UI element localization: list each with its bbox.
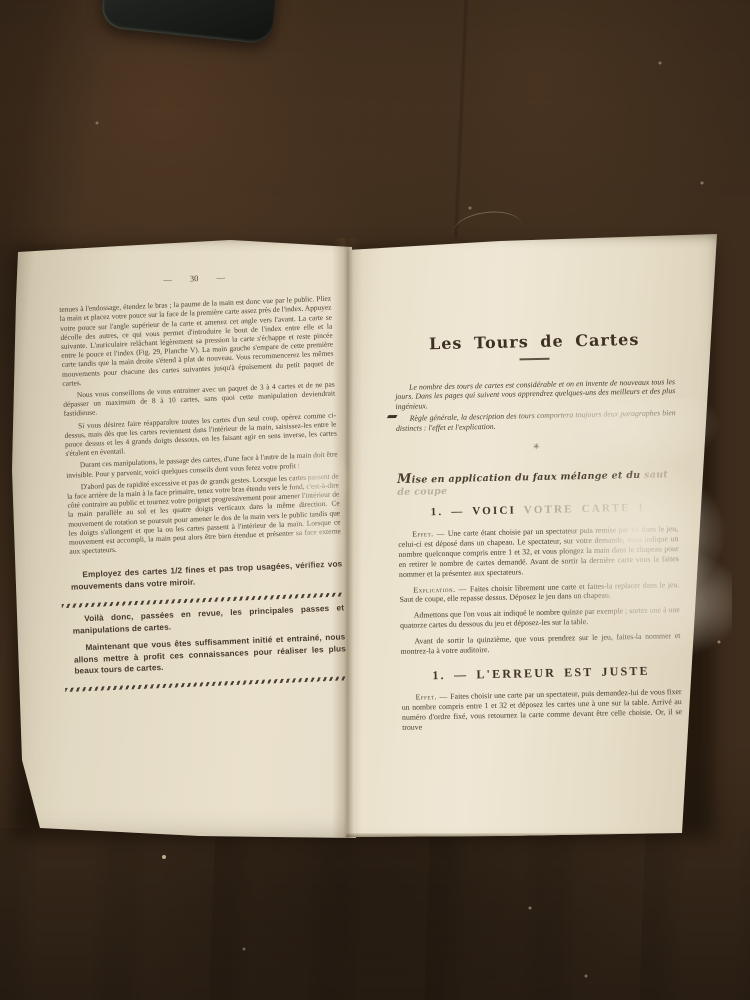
callout-paragraph: Employez des cartes 1/2 fines et pas tro… xyxy=(70,559,343,593)
intro-text: Règle générale, la description des tours… xyxy=(396,408,676,433)
trick-heading: 1. — L'ERREUR EST JUSTE xyxy=(401,663,681,683)
paragraph: Avant de sortir la quinzième, que vous p… xyxy=(400,631,680,657)
left-page-text: — 30 — tenues à l'endossage, étendez le … xyxy=(58,267,347,698)
section-label: Effet. — xyxy=(412,529,448,539)
trick-heading: 1. — VOICI VOTRE CARTE ! xyxy=(398,501,678,520)
section-label: Effet. — xyxy=(415,692,450,702)
paragraph: D'abord pas de rapidité excessive et pas… xyxy=(67,471,342,556)
paragraph: Explication. — Faites choisir librement … xyxy=(399,580,679,606)
script-heading: Mise en application du faux mélange et d… xyxy=(397,468,677,499)
section-label: Explication. — xyxy=(413,584,470,594)
paragraph: tenues à l'endossage, étendez le bras ; … xyxy=(59,294,334,388)
ornament: ✳ xyxy=(396,440,676,454)
paragraph: Effet. — Une carte étant choisie par un … xyxy=(398,524,679,579)
intro-paragraph: Règle générale, la description des tours… xyxy=(396,408,676,434)
summary-paragraph: Maintenant que vous êtes suffisamment in… xyxy=(73,631,346,677)
script-heading-visible: Mise en application du faux mélange et d… xyxy=(397,470,641,486)
right-page-text: Les Tours de Cartes Le nombre des tours … xyxy=(394,330,682,732)
photo-scene: — 30 — tenues à l'endossage, étendez le … xyxy=(0,0,750,1000)
trick-heading-faded: VOTRE CARTE ! xyxy=(524,502,645,517)
intro-paragraph: Le nombre des tours de cartes est consid… xyxy=(395,377,676,413)
paragraph: Effet. — Faites choisir une carte par un… xyxy=(401,687,682,732)
ink-smudge xyxy=(387,415,398,418)
chapter-title: Les Tours de Cartes xyxy=(394,330,674,354)
paragraph: Admettons que l'on vous ait indiqué le n… xyxy=(400,605,680,631)
summary-paragraph: Voilà donc, passées en revue, les princi… xyxy=(72,603,345,637)
title-rule xyxy=(519,358,549,360)
fabric-folds xyxy=(0,828,750,1000)
lint-specks xyxy=(0,0,2,2)
trick-heading-visible: 1. — VOICI xyxy=(431,505,517,519)
